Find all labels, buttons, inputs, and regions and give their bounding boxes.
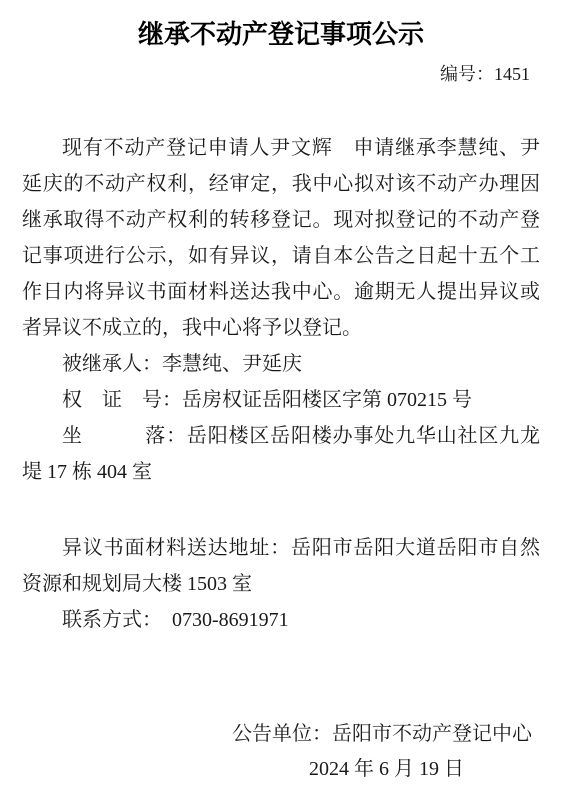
property-location-line: 坐 落：岳阳楼区岳阳楼办事处九华山社区九龙堤 17 栋 404 室 <box>22 418 540 490</box>
date-line: 2024 年 6 月 19 日 <box>309 752 464 787</box>
contact-line: 联系方式： 0730-8691971 <box>22 602 540 638</box>
issuer-line: 公告单位：岳阳市不动产登记中心 <box>232 717 532 752</box>
objection-address-line: 异议书面材料送达地址：岳阳市岳阳大道岳阳市自然资源和规划局大楼 1503 室 <box>22 530 540 602</box>
certificate-number-line: 权 证 号：岳房权证岳阳楼区字第 070215 号 <box>22 382 540 418</box>
main-paragraph: 现有不动产登记申请人尹文辉 申请继承李慧纯、尹延庆的不动产权利，经审定，我中心拟… <box>22 130 540 346</box>
notice-footer: 公告单位：岳阳市不动产登记中心 2024 年 6 月 19 日 <box>232 717 532 787</box>
decedent-line: 被继承人：李慧纯、尹延庆 <box>22 346 540 382</box>
page-title: 继承不动产登记事项公示 <box>22 16 540 50</box>
doc-number: 编号：1451 <box>22 62 540 86</box>
notice-page: 继承不动产登记事项公示 编号：1451 现有不动产登记申请人尹文辉 申请继承李慧… <box>0 0 565 795</box>
objection-section: 异议书面材料送达地址：岳阳市岳阳大道岳阳市自然资源和规划局大楼 1503 室 联… <box>22 530 540 638</box>
notice-body: 现有不动产登记申请人尹文辉 申请继承李慧纯、尹延庆的不动产权利，经审定，我中心拟… <box>22 130 540 638</box>
